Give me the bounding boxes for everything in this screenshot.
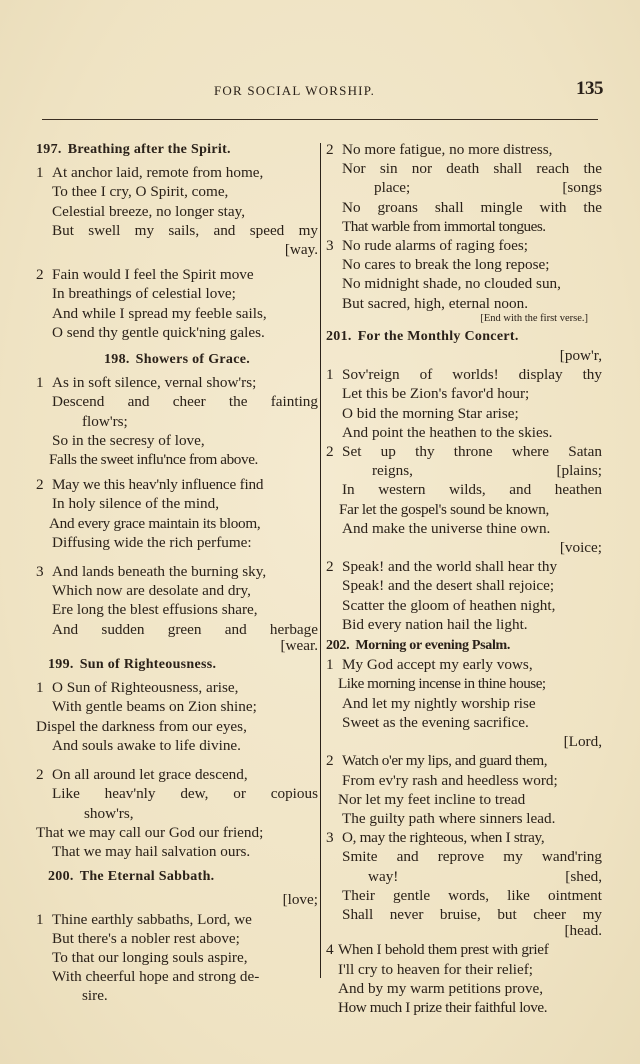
verse-line: 1At anchor laid, remote from home, (36, 163, 318, 182)
verse-line: But swell my sails, and speed my (36, 221, 318, 240)
verse-line: Bid every nation hail the light. (326, 615, 602, 634)
verse-line: 3No rude alarms of raging foes; (326, 236, 602, 255)
verse-number: 4 (326, 940, 334, 959)
hymn-number: 197. (36, 142, 62, 157)
verse-line: Like heav'nly dew, or copious (36, 784, 318, 803)
verse-line: So in the secresy of love, (36, 431, 318, 450)
left-column: 197.Breathing after the Spirit. 1At anch… (36, 140, 318, 1012)
verse-line-carry: sire. (36, 986, 318, 1005)
verse: 3No rude alarms of raging foes; No cares… (326, 236, 602, 325)
verse-number: 2 (326, 140, 334, 159)
verse: 2On all around let grace descend, Like h… (36, 765, 318, 861)
verse-line: That we may call our God our friend; (36, 823, 318, 842)
page-number: 135 (576, 78, 603, 100)
verse-number: 2 (36, 265, 44, 284)
verse-line: 2On all around let grace descend, (36, 765, 318, 784)
verse-line: To thee I cry, O Spirit, come, (36, 182, 318, 201)
verse: 1My God accept my early vows, Like morni… (326, 655, 602, 732)
verse-number: 3 (36, 562, 44, 581)
verse-line: And point the heathen to the skies. (326, 423, 602, 442)
verse-line-carry: [wear. (36, 636, 318, 655)
verse: [voice; 2Speak! and the world shall hear… (326, 538, 602, 634)
end-note: [End with the first verse.] (326, 313, 602, 325)
verse-number: 1 (326, 655, 334, 674)
verse-line-carry: [Lord, (326, 732, 602, 751)
verse: 2May we this heav'nly influence find In … (36, 475, 318, 552)
verse-line: Diffusing wide the rich perfume: (36, 533, 318, 552)
verse-line: 2Watch o'er my lips, and guard them, (326, 751, 602, 770)
verse-line-carry: flow'rs; (36, 412, 318, 431)
hymn-number: 199. (48, 657, 74, 672)
verse-number: 2 (326, 751, 334, 770)
hymn-number: 201. (326, 329, 352, 344)
verse-line: 3O, may the righteous, when I stray, (326, 828, 602, 847)
running-title: FOR SOCIAL WORSHIP. (214, 83, 375, 99)
verse-line: 3And lands beneath the burning sky, (36, 562, 318, 581)
verse-line: In breathings of celestial love; (36, 284, 318, 303)
verse-line: 2No more fatigue, no more distress, (326, 140, 602, 159)
verse: 2Fain would I feel the Spirit move In br… (36, 265, 318, 342)
right-column: 2No more fatigue, no more distress, Nor … (326, 140, 602, 1017)
verse-line: In western wilds, and heathen (326, 480, 602, 499)
verse-line: From ev'ry rash and heedless word; (326, 771, 602, 790)
verse-line: And every grace maintain its bloom, (36, 514, 318, 533)
verse-line: 2Fain would I feel the Spirit move (36, 265, 318, 284)
verse-line: How much I prize their faithful love. (326, 998, 602, 1017)
hymn-197: 197.Breathing after the Spirit. 1At anch… (36, 140, 318, 342)
verse-number: 2 (36, 475, 44, 494)
verse-line: To that our longing souls aspire, (36, 948, 318, 967)
verse-line: With cheerful hope and strong de- (36, 967, 318, 986)
verse-line: And while I spread my feeble sails, (36, 304, 318, 323)
verse-line: In holy silence of the mind, (36, 494, 318, 513)
verse: 1At anchor laid, remote from home, To th… (36, 163, 318, 259)
verse-line-carry: [way. (36, 240, 318, 259)
verse-line: Far let the gospel's sound be known, (326, 500, 602, 519)
verse-line-split: place;[songs (326, 178, 602, 197)
hymn-title-text: Showers of Grace. (136, 352, 250, 367)
verse-number: 1 (36, 678, 44, 697)
verse: 3And lands beneath the burning sky, Whic… (36, 562, 318, 655)
verse-line: Ere long the blest effusions share, (36, 600, 318, 619)
verse-line: 2May we this heav'nly influence find (36, 475, 318, 494)
verse-line: O send thy gentle quick'ning gales. (36, 323, 318, 342)
verse: [love; 1Thine earthly sabbaths, Lord, we… (36, 890, 318, 1005)
verse-line: Descend and cheer the fainting (36, 392, 318, 411)
hymn-number: 198. (104, 352, 130, 367)
verse-line: 1My God accept my early vows, (326, 655, 602, 674)
verse-line-split: reigns,[plains; (326, 461, 602, 480)
verse-line: I'll cry to heaven for their relief; (326, 960, 602, 979)
hymn-number: 202. (326, 638, 349, 653)
verse-line: Like morning incense in thine house; (326, 674, 602, 693)
hymn-200: 200.The Eternal Sabbath. [love; 1Thine e… (36, 867, 318, 1005)
verse-line: Sweet as the evening sacrifice. (326, 713, 602, 732)
verse-number: 3 (326, 236, 334, 255)
column-divider (320, 143, 321, 978)
page-header: FOR SOCIAL WORSHIP. 135 (0, 0, 640, 120)
verse-line: Celestial breeze, no longer stay, (36, 202, 318, 221)
hymn-title-text: The Eternal Sabbath. (80, 869, 215, 884)
hymn-title-text: For the Monthly Concert. (358, 329, 519, 344)
verse: [Lord, 2Watch o'er my lips, and guard th… (326, 732, 602, 828)
verse-line: 4When I behold them prest with grief (326, 940, 602, 959)
verse-line-carry: [voice; (326, 538, 602, 557)
verse-line: That warble from immortal tongues. (326, 217, 602, 236)
verse-line: That we may hail salvation ours. (36, 842, 318, 861)
verse-line: Their gentle words, like ointment (326, 886, 602, 905)
verse-line: No midnight shade, no clouded sun, (326, 274, 602, 293)
verse-line: And let my nightly worship rise (326, 694, 602, 713)
verse: [pow'r, 1Sov'reign of worlds! display th… (326, 346, 602, 442)
hymn-199: 199.Sun of Righteousness. 1O Sun of Righ… (36, 655, 318, 861)
verse-line-split: way![shed, (326, 867, 602, 886)
verse: 4When I behold them prest with grief I'l… (326, 940, 602, 1017)
hymn-title: 199.Sun of Righteousness. (36, 655, 318, 674)
verse-line: 2Speak! and the world shall hear thy (326, 557, 602, 576)
hymn-title: 198.Showers of Grace. (36, 350, 318, 369)
verse-number: 1 (36, 373, 44, 392)
verse-line: 1O Sun of Righteousness, arise, (36, 678, 318, 697)
verse-line: O bid the morning Star arise; (326, 404, 602, 423)
verse: 2Set up thy throne where Satan reigns,[p… (326, 442, 602, 538)
verse-number: 1 (36, 910, 44, 929)
verse: 1As in soft silence, vernal show'rs; Des… (36, 373, 318, 469)
verse-line: Scatter the gloom of heathen night, (326, 596, 602, 615)
verse-line: Which now are desolate and dry, (36, 581, 318, 600)
verse-number: 1 (36, 163, 44, 182)
verse: 3O, may the righteous, when I stray, Smi… (326, 828, 602, 940)
verse-line: No cares to break the long repose; (326, 255, 602, 274)
verse-line: No groans shall mingle with the (326, 198, 602, 217)
verse-line: Falls the sweet influ'nce from above. (36, 450, 318, 469)
verse-line: Nor let my feet incline to tread (326, 790, 602, 809)
hymn-title-text: Breathing after the Spirit. (68, 142, 231, 157)
verse-line-carry: [head. (326, 921, 602, 940)
verse-line: 1As in soft silence, vernal show'rs; (36, 373, 318, 392)
verse-line: Speak! and the desert shall rejoice; (326, 576, 602, 595)
verse-line: And souls awake to life divine. (36, 736, 318, 755)
verse: 2No more fatigue, no more distress, Nor … (326, 140, 602, 236)
verse-number: 2 (326, 442, 334, 461)
hymn-200-continued: 2No more fatigue, no more distress, Nor … (326, 140, 602, 325)
verse-line: The guilty path where sinners lead. (326, 809, 602, 828)
hymn-number: 200. (48, 869, 74, 884)
verse-line: Dispel the darkness from our eyes, (36, 717, 318, 736)
verse-line: And by my warm petitions prove, (326, 979, 602, 998)
hymn-201: 201.For the Monthly Concert. [pow'r, 1So… (326, 327, 602, 634)
hymn-title-text: Morning or evening Psalm. (355, 638, 510, 653)
verse-line: 1Thine earthly sabbaths, Lord, we (36, 910, 318, 929)
verse-number: 2 (326, 557, 334, 576)
verse-line: Nor sin nor death shall reach the (326, 159, 602, 178)
hymn-198: 198.Showers of Grace. 1As in soft silenc… (36, 350, 318, 655)
verse-number: 2 (36, 765, 44, 784)
verse: 1O Sun of Righteousness, arise, With gen… (36, 678, 318, 755)
verse-line-carry: [pow'r, (326, 346, 602, 365)
verse-line: 2Set up thy throne where Satan (326, 442, 602, 461)
verse-line-carry: [love; (36, 890, 318, 909)
verse-line: But sacred, high, eternal noon. (326, 294, 602, 313)
verse-line-carry: show'rs, (36, 804, 318, 823)
hymn-title: 200.The Eternal Sabbath. (36, 867, 318, 886)
verse-line: 1Sov'reign of worlds! display thy (326, 365, 602, 384)
hymn-title-text: Sun of Righteousness. (80, 657, 217, 672)
hymn-title: 197.Breathing after the Spirit. (36, 140, 318, 159)
verse-line: Smite and reprove my wand'ring (326, 847, 602, 866)
hymn-title: 201.For the Monthly Concert. (326, 327, 602, 346)
hymn-202: 202.Morning or evening Psalm. 1My God ac… (326, 636, 602, 1017)
verse-number: 1 (326, 365, 334, 384)
verse-line: And make the universe thine own. (326, 519, 602, 538)
hymn-title: 202.Morning or evening Psalm. (326, 636, 602, 655)
header-rule (42, 119, 598, 120)
verse-line: Let this be Zion's favor'd hour; (326, 384, 602, 403)
verse-number: 3 (326, 828, 334, 847)
verse-line: But there's a nobler rest above; (36, 929, 318, 948)
verse-line: With gentle beams on Zion shine; (36, 697, 318, 716)
